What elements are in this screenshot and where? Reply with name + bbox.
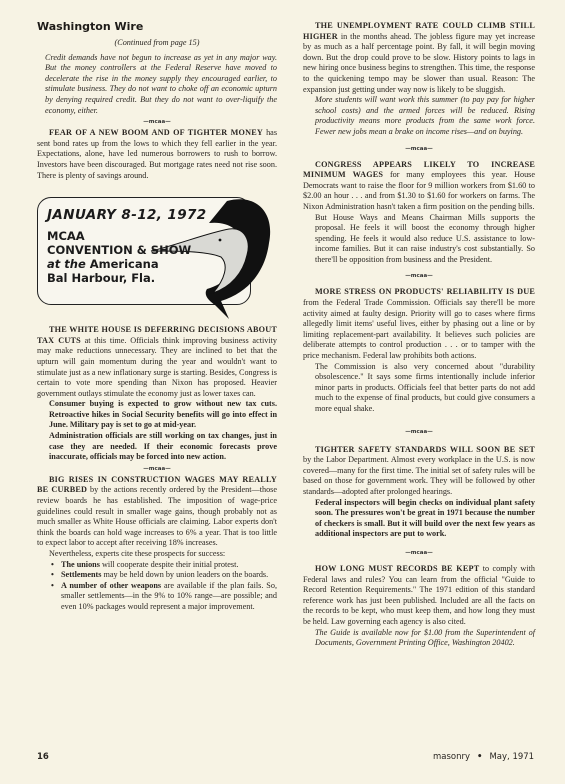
bullet-text: will cooperate despite their initial pro…: [100, 560, 238, 569]
article-minwage: CONGRESS APPEARS LIKELY TO INCREASE MINI…: [303, 160, 535, 213]
magazine-name: masonry: [433, 752, 470, 762]
article-taxcuts: THE WHITE HOUSE IS DEFERRING DECISIONS A…: [37, 325, 277, 399]
ad-org: MCAA: [47, 229, 207, 243]
ad-location: Bal Harbour, Fla.: [47, 271, 207, 285]
credit-intro: Credit demands have not begun to increas…: [45, 53, 277, 117]
article-reliability-body: from the Federal Trade Commission. Offic…: [303, 298, 535, 360]
bullet-item: A number of other weapons are available …: [51, 581, 277, 613]
bullet-item: The unions will cooperate despite their …: [51, 560, 277, 571]
footer-masthead: masonry•May, 1971: [433, 752, 534, 762]
bullet-bold: A number of other weapons: [61, 581, 161, 590]
bullet-bold: Settlements: [61, 570, 101, 579]
bullet-item: Settlements may be held down by union le…: [51, 570, 277, 581]
divider: —mcaa—: [37, 119, 277, 125]
article-safety: TIGHTER SAFETY STANDARDS WILL SOON BE SE…: [303, 445, 535, 498]
bullet-text: may be held down by union leaders on the…: [101, 570, 268, 579]
convention-ad: JANUARY 8-12, 1972 MCAA CONVENTION & SHO…: [37, 193, 269, 311]
ad-venue-prefix: at the: [47, 257, 86, 271]
wages-bullet-list: The unions will cooperate despite their …: [51, 560, 277, 613]
ad-event: CONVENTION & SHOW: [47, 243, 207, 257]
article-boom-lead: FEAR OF A NEW BOOM AND OF TIGHTER MONEY: [49, 128, 263, 137]
minwage-sub: But House Ways and Means Chairman Mills …: [315, 213, 535, 266]
article-taxcuts-body: at this time. Officials think improving …: [37, 336, 277, 398]
article-boom: FEAR OF A NEW BOOM AND OF TIGHTER MONEY …: [37, 128, 277, 181]
right-column: THE UNEMPLOYMENT RATE COULD CLIMB STILL …: [303, 21, 535, 649]
article-records-lead: HOW LONG MUST RECORDS BE KEPT: [315, 564, 479, 573]
safety-sub: Federal inspectors will begin checks on …: [315, 498, 535, 540]
records-sub: The Guide is available now for $1.00 fro…: [315, 628, 535, 649]
unemployment-sub: More students will want work this summer…: [315, 95, 535, 137]
issue-date: May, 1971: [489, 752, 534, 762]
divider: —mcaa—: [37, 466, 277, 472]
magazine-page: Washington Wire (Continued from page 15)…: [0, 0, 565, 784]
divider: —mcaa—: [303, 146, 535, 152]
article-records: HOW LONG MUST RECORDS BE KEPT to comply …: [303, 564, 535, 628]
article-reliability: MORE STRESS ON PRODUCTS' RELIABILITY IS …: [303, 287, 535, 361]
article-safety-body: by the Labor Department. Almost every wo…: [303, 455, 535, 496]
left-column: (Continued from page 15) Credit demands …: [37, 38, 277, 613]
article-wages: BIG RISES IN CONSTRUCTION WAGES MAY REAL…: [37, 475, 277, 549]
ad-date: JANUARY 8-12, 1972: [47, 207, 207, 223]
wages-nevertheless: Nevertheless, experts cite these prospec…: [37, 549, 277, 560]
taxcuts-sub2: Administration officials are still worki…: [49, 431, 277, 463]
taxcuts-sub1: Consumer buying is expected to grow with…: [49, 399, 277, 431]
ad-venue: at the Americana: [47, 257, 207, 271]
article-records-body: to comply with Federal laws and rules? Y…: [303, 564, 535, 626]
page-number: 16: [37, 752, 49, 762]
section-title: Washington Wire: [37, 20, 143, 33]
ad-text: JANUARY 8-12, 1972 MCAA CONVENTION & SHO…: [47, 207, 207, 285]
article-safety-lead: TIGHTER SAFETY STANDARDS WILL SOON BE SE…: [315, 445, 535, 454]
ad-venue-name: Americana: [86, 257, 159, 271]
divider: —mcaa—: [303, 429, 535, 435]
reliability-sub: The Commission is also very concerned ab…: [315, 362, 535, 415]
continued-note: (Continued from page 15): [37, 38, 277, 49]
divider: —mcaa—: [303, 273, 535, 279]
article-unemployment: THE UNEMPLOYMENT RATE COULD CLIMB STILL …: [303, 21, 535, 95]
divider: —mcaa—: [303, 550, 535, 556]
bullet-separator-icon: •: [477, 752, 482, 762]
article-unemployment-body: in the months ahead. The jobless figure …: [303, 32, 535, 94]
article-reliability-lead: MORE STRESS ON PRODUCTS' RELIABILITY IS …: [315, 287, 535, 296]
article-wages-body: by the actions recently ordered by the P…: [37, 485, 277, 547]
bullet-bold: The unions: [61, 560, 100, 569]
